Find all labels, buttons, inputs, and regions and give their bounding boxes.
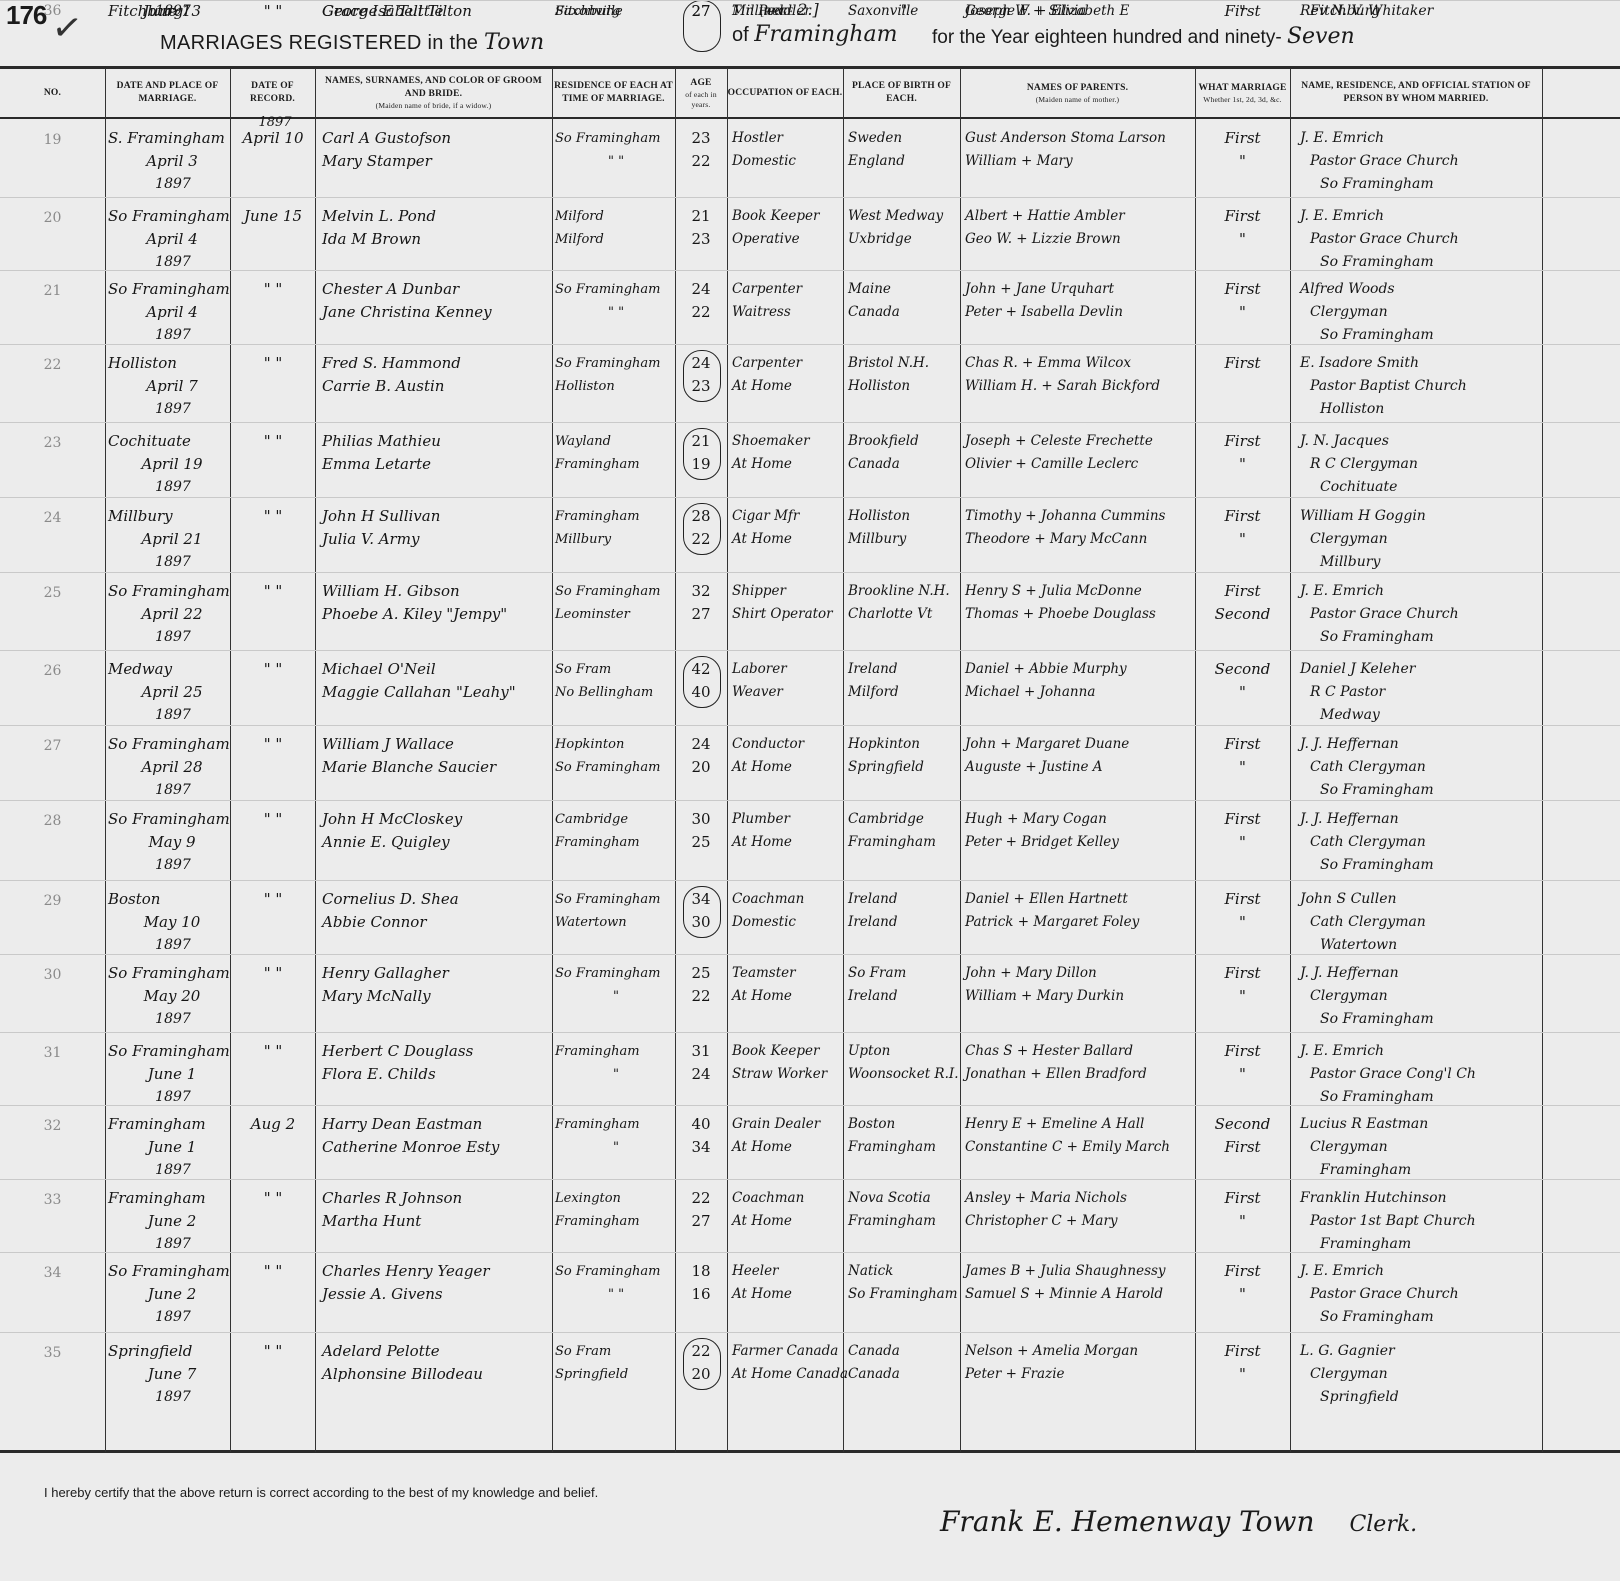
officiant-line: So Framingham xyxy=(1320,173,1565,196)
bride-parents: Michael + Johanna xyxy=(965,681,1195,704)
officiant-line: Clergyman xyxy=(1310,1363,1555,1386)
row-divider xyxy=(0,1032,1620,1033)
bride-parents: William + Mary Durkin xyxy=(965,985,1195,1008)
groom-age: 21 xyxy=(675,430,727,453)
groom-marriage-number: First xyxy=(1195,1260,1290,1283)
groom-birthplace: Nova Scotia xyxy=(848,1187,960,1210)
marriage-place: So Framingham xyxy=(108,580,230,603)
groom-parents: John + Mary Dillon xyxy=(965,962,1195,985)
groom-marriage-number: First xyxy=(1195,580,1290,603)
column-header-label: Date of Record. xyxy=(230,80,315,106)
bride-occupation: At Home xyxy=(732,985,844,1008)
groom-birthplace: Maine xyxy=(848,278,960,301)
marriage-date: April 4 xyxy=(122,301,222,324)
officiant-line: Clergyman xyxy=(1310,301,1555,324)
marriage-date: June 2 xyxy=(122,1283,222,1306)
row-divider xyxy=(0,270,1620,271)
groom-residence: Framingham xyxy=(555,1113,677,1136)
record-number: 28 xyxy=(0,810,105,833)
marriage-year: 1897 xyxy=(128,779,218,802)
groom-marriage-number: First xyxy=(1195,505,1290,528)
municipality-type: Town xyxy=(484,30,544,55)
groom-parents: Joseph + Celeste Frechette xyxy=(965,430,1195,453)
row-divider xyxy=(0,497,1620,498)
column-header-label: Names of Parents. xyxy=(1027,82,1128,95)
groom-parents: James B + Julia Shaughnessy xyxy=(965,1260,1195,1283)
bride-occupation: At Home xyxy=(732,453,844,476)
bride-age: 16 xyxy=(675,1283,727,1306)
record-date: " " xyxy=(232,1340,314,1363)
column-header-officiant: Name, Residence, and Official Station of… xyxy=(1290,70,1542,116)
officiant-line: William H Goggin xyxy=(1300,505,1545,528)
bride-occupation: At Home Canada xyxy=(732,1363,844,1386)
bride-parents: Peter + Frazie xyxy=(965,1363,1195,1386)
officiant-line: J. E. Emrich xyxy=(1300,205,1545,228)
bride-birthplace: Canada xyxy=(848,301,960,324)
record-date: " " xyxy=(232,430,314,453)
column-header-label: What Marriage xyxy=(1198,82,1286,95)
bride-birthplace: " xyxy=(848,0,960,23)
bride-occupation: Waitress xyxy=(732,301,844,324)
title-prefix: MARRIAGES REGISTERED in the xyxy=(160,32,478,54)
bride-residence: Framingham xyxy=(555,1210,677,1233)
row-divider xyxy=(0,1105,1620,1106)
marriage-year: 1897 xyxy=(128,0,218,23)
record-date: " " xyxy=(232,1040,314,1063)
bride-birthplace: Charlotte Vt xyxy=(848,603,960,626)
bride-age: 23 xyxy=(675,375,727,398)
column-header-label: Date and Place of Marriage. xyxy=(105,80,230,106)
groom-residence: Framingham xyxy=(555,1040,677,1063)
record-number: 30 xyxy=(0,964,105,987)
groom-name: Chester A Dunbar xyxy=(322,278,552,301)
bride-marriage-number: First xyxy=(1195,1136,1290,1159)
marriage-year: 1897 xyxy=(128,398,218,421)
bride-parents: Constantine C + Emily March xyxy=(965,1136,1195,1159)
officiant-line: Pastor Grace Church xyxy=(1310,1283,1555,1306)
groom-name: Michael O'Neil xyxy=(322,658,552,681)
groom-parents: Daniel + Abbie Murphy xyxy=(965,658,1195,681)
groom-age: 31 xyxy=(675,1040,727,1063)
column-divider xyxy=(230,68,231,1452)
groom-residence: Hopkinton xyxy=(555,733,677,756)
groom-age: 42 xyxy=(675,658,727,681)
officiant-line: Pastor Baptist Church xyxy=(1310,375,1555,398)
bride-occupation: At Home xyxy=(732,1283,844,1306)
table-bottom-rule xyxy=(0,1450,1620,1453)
bride-parents: William H. + Sarah Bickford xyxy=(965,375,1195,398)
groom-occupation: Conductor xyxy=(732,733,844,756)
year-suffix: Seven xyxy=(1287,24,1355,49)
record-date: June 15 xyxy=(232,205,314,228)
bride-occupation: Weaver xyxy=(732,681,844,704)
bride-residence: Fitchburg xyxy=(555,0,677,23)
bride-name: Jane Christina Kenney xyxy=(322,301,552,324)
bride-marriage-number: " xyxy=(1195,831,1290,854)
groom-occupation: Coachman xyxy=(732,1187,844,1210)
record-number: 21 xyxy=(0,280,105,303)
groom-birthplace: Natick xyxy=(848,1260,960,1283)
groom-age: 24 xyxy=(675,352,727,375)
groom-age: 25 xyxy=(675,962,727,985)
groom-birthplace: Sweden xyxy=(848,127,960,150)
bride-birthplace: Woonsocket R.I. xyxy=(848,1063,960,1086)
officiant-line: Medway xyxy=(1320,704,1565,727)
column-header-no: No. xyxy=(0,70,105,116)
officiant-line: Pastor Grace Church xyxy=(1310,603,1555,626)
column-header-label: Place of Birth of Each. xyxy=(843,80,960,106)
marriage-place: Cochituate xyxy=(108,430,230,453)
bride-age: 27 xyxy=(675,0,727,23)
officiant-line: Cath Clergyman xyxy=(1310,831,1555,854)
municipality: of Framingham xyxy=(732,22,897,47)
bride-name: Alphonsine Billodeau xyxy=(322,1363,552,1386)
bride-marriage-number: " xyxy=(1195,756,1290,779)
bride-parents: Jonathan + Ellen Bradford xyxy=(965,1063,1195,1086)
marriage-place: So Framingham xyxy=(108,733,230,756)
officiant-line: So Framingham xyxy=(1320,854,1565,877)
groom-name: Herbert C Douglass xyxy=(322,1040,552,1063)
bride-age: 19 xyxy=(675,453,727,476)
bride-age: 40 xyxy=(675,681,727,704)
bride-occupation: Shirt Operator xyxy=(732,603,844,626)
column-header-note: of each in years. xyxy=(675,90,727,110)
marriage-place: So Framingham xyxy=(108,962,230,985)
bride-residence: So Framingham xyxy=(555,756,677,779)
groom-parents: John + Margaret Duane xyxy=(965,733,1195,756)
groom-age: 18 xyxy=(675,1260,727,1283)
record-date: Aug 2 xyxy=(232,1113,314,1136)
marriage-year: 1897 xyxy=(128,476,218,499)
groom-age: 40 xyxy=(675,1113,727,1136)
bride-residence: Millbury xyxy=(555,528,677,551)
column-divider xyxy=(315,68,316,1452)
groom-parents: Chas R. + Emma Wilcox xyxy=(965,352,1195,375)
signature-title: Clerk. xyxy=(1349,1512,1417,1537)
marriage-year: 1897 xyxy=(128,1386,218,1409)
bride-parents: George F + Silvia xyxy=(965,0,1195,23)
column-header-names: Names, Surnames, and Color of Groom and … xyxy=(315,70,552,116)
bride-parents: Peter + Bridget Kelley xyxy=(965,831,1195,854)
marriage-place: Boston xyxy=(108,888,230,911)
bride-age: 30 xyxy=(675,911,727,934)
record-date: " " xyxy=(232,888,314,911)
officiant-line: Lucius R Eastman xyxy=(1300,1113,1545,1136)
marriage-date: April 28 xyxy=(122,756,222,779)
groom-marriage-number: First xyxy=(1195,1040,1290,1063)
groom-residence: So Framingham xyxy=(555,580,677,603)
bride-residence: Springfield xyxy=(555,1363,677,1386)
register-year: for the Year eighteen hundred and ninety… xyxy=(932,24,1355,49)
bride-marriage-number: " xyxy=(1195,528,1290,551)
groom-name: Harry Dean Eastman xyxy=(322,1113,552,1136)
column-header-what_marriage: What MarriageWhether 1st, 2d, 3d, &c. xyxy=(1195,70,1290,116)
row-divider xyxy=(0,197,1620,198)
column-header-label: Name, Residence, and Official Station of… xyxy=(1290,80,1542,106)
officiant-line: J. J. Heffernan xyxy=(1300,962,1545,985)
groom-name: John H McCloskey xyxy=(322,808,552,831)
bride-occupation: At Home xyxy=(732,1210,844,1233)
column-header-label: No. xyxy=(44,87,61,100)
bride-name: Jessie A. Givens xyxy=(322,1283,552,1306)
column-header-date_place: Date and Place of Marriage. xyxy=(105,70,230,116)
record-number: 19 xyxy=(0,129,105,152)
bride-occupation: At Home xyxy=(732,375,844,398)
groom-parents: Nelson + Amelia Morgan xyxy=(965,1340,1195,1363)
officiant-line: Cath Clergyman xyxy=(1310,756,1555,779)
bride-parents: William + Mary xyxy=(965,150,1195,173)
row-divider xyxy=(0,725,1620,726)
officiant-line: J. J. Heffernan xyxy=(1300,733,1545,756)
bride-birthplace: Canada xyxy=(848,1363,960,1386)
officiant-line: Fitchburg xyxy=(1310,0,1555,23)
groom-birthplace: Holliston xyxy=(848,505,960,528)
bride-age: 25 xyxy=(675,831,727,854)
column-header-label: Names, Surnames, and Color of Groom and … xyxy=(315,75,552,101)
bride-marriage-number: " xyxy=(1195,301,1290,324)
marriage-year: 1897 xyxy=(128,626,218,649)
groom-birthplace: Upton xyxy=(848,1040,960,1063)
groom-parents: Henry S + Julia McDonne xyxy=(965,580,1195,603)
officiant-line: J. E. Emrich xyxy=(1300,1260,1545,1283)
record-number: 32 xyxy=(0,1115,105,1138)
groom-occupation: Farmer Canada xyxy=(732,1340,844,1363)
groom-residence: So Framingham xyxy=(555,352,677,375)
bride-birthplace: Milford xyxy=(848,681,960,704)
column-header-label: Age xyxy=(690,77,711,90)
groom-age: 34 xyxy=(675,888,727,911)
groom-residence: So Fram xyxy=(555,658,677,681)
bride-residence: " " xyxy=(555,1283,677,1306)
record-date: " " xyxy=(232,733,314,756)
marriage-year: 1897 xyxy=(128,1008,218,1031)
bride-marriage-number: " xyxy=(1195,681,1290,704)
record-number: 31 xyxy=(0,1042,105,1065)
groom-age: 21 xyxy=(675,205,727,228)
marriage-date: April 7 xyxy=(122,375,222,398)
bride-birthplace: So Framingham xyxy=(848,1283,960,1306)
groom-occupation: Shoemaker xyxy=(732,430,844,453)
groom-name: William J Wallace xyxy=(322,733,552,756)
record-date: " " xyxy=(232,1187,314,1210)
column-header-occupation: Occupation of Each. xyxy=(727,70,843,116)
record-number: 35 xyxy=(0,1342,105,1365)
bride-occupation: Domestic xyxy=(732,150,844,173)
bride-name: Maggie Callahan "Leahy" xyxy=(322,681,552,704)
marriage-year: 1897 xyxy=(128,704,218,727)
signature-name: Frank E. Hemenway Town xyxy=(940,1505,1315,1538)
bride-residence: Leominster xyxy=(555,603,677,626)
groom-parents: John + Jane Urquhart xyxy=(965,278,1195,301)
marriage-date: April 25 xyxy=(122,681,222,704)
groom-occupation: Book Keeper xyxy=(732,205,844,228)
bride-residence: Watertown xyxy=(555,911,677,934)
record-number: 23 xyxy=(0,432,105,455)
groom-name: Henry Gallagher xyxy=(322,962,552,985)
officiant-line: Clergyman xyxy=(1310,1136,1555,1159)
groom-marriage-number: First xyxy=(1195,733,1290,756)
row-divider xyxy=(0,1332,1620,1333)
groom-occupation: Laborer xyxy=(732,658,844,681)
bride-name: Annie E. Quigley xyxy=(322,831,552,854)
groom-occupation: Book Keeper xyxy=(732,1040,844,1063)
groom-marriage-number: First xyxy=(1195,205,1290,228)
officiant-line: J. E. Emrich xyxy=(1300,1040,1545,1063)
column-header-residence: Residence of Each at Time of Marriage. xyxy=(552,70,675,116)
marriage-date: May 20 xyxy=(122,985,222,1008)
marriage-date: June 1 xyxy=(122,1063,222,1086)
groom-name: Carl A Gustofson xyxy=(322,127,552,150)
column-divider xyxy=(960,68,961,1452)
groom-birthplace: Canada xyxy=(848,1340,960,1363)
row-divider xyxy=(0,650,1620,651)
groom-birthplace: Brookline N.H. xyxy=(848,580,960,603)
groom-birthplace: Ireland xyxy=(848,658,960,681)
marriage-date: June 7 xyxy=(122,1363,222,1386)
column-header-birthplace: Place of Birth of Each. xyxy=(843,70,960,116)
officiant-line: Franklin Hutchinson xyxy=(1300,1187,1545,1210)
officiant-line: J. E. Emrich xyxy=(1300,127,1545,150)
bride-occupation: Domestic xyxy=(732,911,844,934)
record-number: 29 xyxy=(0,890,105,913)
groom-parents: Gust Anderson Stoma Larson xyxy=(965,127,1195,150)
groom-residence: Cambridge xyxy=(555,808,677,831)
officiant-line: So Framingham xyxy=(1320,626,1565,649)
officiant-line: Pastor Grace Cong'l Ch xyxy=(1310,1063,1555,1086)
groom-name: Adelard Pelotte xyxy=(322,1340,552,1363)
groom-marriage-number: Second xyxy=(1195,1113,1290,1136)
row-divider xyxy=(0,800,1620,801)
groom-occupation: Shipper xyxy=(732,580,844,603)
groom-name: Charles Henry Yeager xyxy=(322,1260,552,1283)
column-divider xyxy=(105,68,106,1452)
officiant-line: Springfield xyxy=(1320,1386,1565,1409)
column-header-age: Ageof each in years. xyxy=(675,70,727,116)
record-date: " " xyxy=(232,808,314,831)
bride-birthplace: Springfield xyxy=(848,756,960,779)
bride-birthplace: Canada xyxy=(848,453,960,476)
groom-residence: So Framingham xyxy=(555,888,677,911)
groom-age: 28 xyxy=(675,505,727,528)
groom-name: Melvin L. Pond xyxy=(322,205,552,228)
bride-marriage-number: " xyxy=(1195,453,1290,476)
bride-name: Grace Isabell Tilton xyxy=(322,0,552,23)
bride-age: 22 xyxy=(675,528,727,551)
record-number: 22 xyxy=(0,354,105,377)
officiant-line: Daniel J Keleher xyxy=(1300,658,1545,681)
bride-birthplace: Uxbridge xyxy=(848,228,960,251)
bride-birthplace: Ireland xyxy=(848,985,960,1008)
marriage-date: April 21 xyxy=(122,528,222,551)
bride-name: Julia V. Army xyxy=(322,528,552,551)
bride-marriage-number: " xyxy=(1195,1283,1290,1306)
bride-residence: No Bellingham xyxy=(555,681,677,704)
marriage-place: So Framingham xyxy=(108,205,230,228)
row-divider xyxy=(0,0,1620,1)
groom-birthplace: Ireland xyxy=(848,888,960,911)
record-date: " " xyxy=(232,0,314,23)
bride-marriage-number: " xyxy=(1195,985,1290,1008)
row-divider xyxy=(0,1252,1620,1253)
bride-name: Mary Stamper xyxy=(322,150,552,173)
marriage-year: 1897 xyxy=(128,854,218,877)
groom-residence: So Framingham xyxy=(555,127,677,150)
bride-age: 20 xyxy=(675,756,727,779)
marriage-place: Millbury xyxy=(108,505,230,528)
municipality-name: Framingham xyxy=(754,22,897,47)
marriage-date: April 4 xyxy=(122,228,222,251)
groom-parents: Henry E + Emeline A Hall xyxy=(965,1113,1195,1136)
marriage-place: So Framingham xyxy=(108,278,230,301)
bride-birthplace: Ireland xyxy=(848,911,960,934)
groom-occupation: Teamster xyxy=(732,962,844,985)
officiant-line: R C Pastor xyxy=(1310,681,1555,704)
bride-occupation: At Home xyxy=(732,528,844,551)
column-header-label: Occupation of Each. xyxy=(728,87,843,100)
record-number: 24 xyxy=(0,507,105,530)
officiant-line: L. G. Gagnier xyxy=(1300,1340,1545,1363)
row-divider xyxy=(0,572,1620,573)
marriage-place: So Framingham xyxy=(108,1040,230,1063)
groom-marriage-number: First xyxy=(1195,808,1290,831)
groom-occupation: Carpenter xyxy=(732,278,844,301)
record-date: " " xyxy=(232,1260,314,1283)
marriage-place: S. Framingham xyxy=(108,127,230,150)
bride-parents: Christopher C + Mary xyxy=(965,1210,1195,1233)
table-top-rule xyxy=(0,66,1620,69)
bride-occupation: At Home xyxy=(732,1136,844,1159)
groom-name: John H Sullivan xyxy=(322,505,552,528)
groom-age: 24 xyxy=(675,733,727,756)
groom-residence: Milford xyxy=(555,205,677,228)
column-divider xyxy=(727,68,728,1452)
groom-name: Charles R Johnson xyxy=(322,1187,552,1210)
groom-occupation: Plumber xyxy=(732,808,844,831)
bride-birthplace: England xyxy=(848,150,960,173)
groom-marriage-number: First xyxy=(1195,278,1290,301)
groom-parents: Chas S + Hester Ballard xyxy=(965,1040,1195,1063)
groom-birthplace: Hopkinton xyxy=(848,733,960,756)
record-date: " " xyxy=(232,580,314,603)
marriage-place: Medway xyxy=(108,658,230,681)
marriage-year: 1897 xyxy=(128,551,218,574)
bride-age: 27 xyxy=(675,1210,727,1233)
column-header-note: (Maiden name of mother.) xyxy=(1036,95,1120,105)
record-date: " " xyxy=(232,505,314,528)
bride-residence: Framingham xyxy=(555,831,677,854)
groom-age: 32 xyxy=(675,580,727,603)
marriage-year: 1897 xyxy=(128,173,218,196)
bride-parents: Peter + Isabella Devlin xyxy=(965,301,1195,324)
officiant-line: John S Cullen xyxy=(1300,888,1545,911)
groom-residence: So Framingham xyxy=(555,278,677,301)
groom-birthplace: Brookfield xyxy=(848,430,960,453)
bride-age: 24 xyxy=(675,1063,727,1086)
bride-age: 22 xyxy=(675,150,727,173)
bride-name: Mary McNally xyxy=(322,985,552,1008)
groom-birthplace: Bristol N.H. xyxy=(848,352,960,375)
bride-age: 34 xyxy=(675,1136,727,1159)
groom-age: 30 xyxy=(675,808,727,831)
bride-parents: Thomas + Phoebe Douglass xyxy=(965,603,1195,626)
groom-parents: Daniel + Ellen Hartnett xyxy=(965,888,1195,911)
groom-occupation: Heeler xyxy=(732,1260,844,1283)
officiant-line: Holliston xyxy=(1320,398,1565,421)
bride-name: Emma Letarte xyxy=(322,453,552,476)
officiant-line: J. N. Jacques xyxy=(1300,430,1545,453)
bride-occupation: Operative xyxy=(732,228,844,251)
bride-name: Marie Blanche Saucier xyxy=(322,756,552,779)
